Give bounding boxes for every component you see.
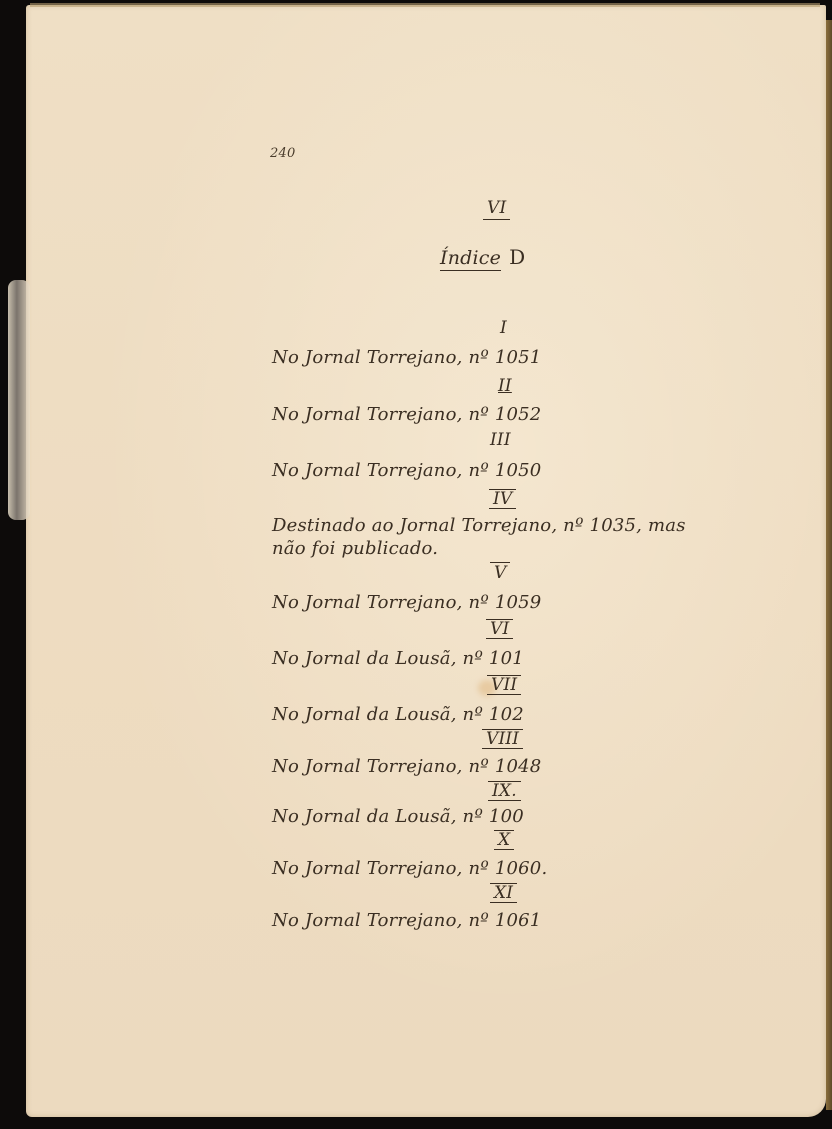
entry-numeral: XI xyxy=(490,883,517,903)
entry-text: No Jornal da Lousã, nº 102 xyxy=(272,704,524,726)
entry-text: No Jornal Torrejano, nº 1060. xyxy=(272,858,547,880)
entry-text: No Jornal da Lousã, nº 100 xyxy=(272,806,524,828)
manuscript-page xyxy=(26,5,826,1117)
binding-edge xyxy=(826,20,832,1110)
entry-text: No Jornal Torrejano, nº 1052 xyxy=(272,404,541,426)
entry-text: No Jornal Torrejano, nº 1051 xyxy=(272,347,541,369)
entry-text: No Jornal Torrejano, nº 1048 xyxy=(272,756,541,778)
index-title: ÍndiceD xyxy=(440,245,525,269)
chapter-numeral: VI xyxy=(483,198,510,220)
entry-numeral: III xyxy=(486,430,515,450)
entry-text-continued: não foi publicado. xyxy=(272,538,438,560)
entry-numeral: IV xyxy=(489,489,516,509)
entry-numeral: X xyxy=(494,830,514,850)
index-title-word: Índice xyxy=(440,247,501,271)
entry-numeral: VII xyxy=(487,675,521,695)
entry-numeral: II xyxy=(494,376,516,396)
torn-left-edge xyxy=(8,280,30,520)
entry-numeral: VIII xyxy=(482,729,523,749)
scanned-manuscript: 240 VI ÍndiceD I No Jornal Torrejano, nº… xyxy=(0,0,832,1129)
page-top-edge xyxy=(30,3,820,7)
entry-numeral: IX. xyxy=(488,781,521,801)
index-title-letter: D xyxy=(509,245,525,269)
entry-numeral: V xyxy=(490,562,510,583)
entry-numeral: I xyxy=(496,318,511,338)
entry-text: Destinado ao Jornal Torrejano, nº 1035, … xyxy=(272,515,686,537)
entry-text: No Jornal da Lousã, nº 101 xyxy=(272,648,524,670)
entry-text: No Jornal Torrejano, nº 1059 xyxy=(272,592,541,614)
entry-text: No Jornal Torrejano, nº 1050 xyxy=(272,460,541,482)
entry-numeral: VI xyxy=(486,619,513,639)
entry-text: No Jornal Torrejano, nº 1061 xyxy=(272,910,541,932)
page-number: 240 xyxy=(270,146,295,161)
